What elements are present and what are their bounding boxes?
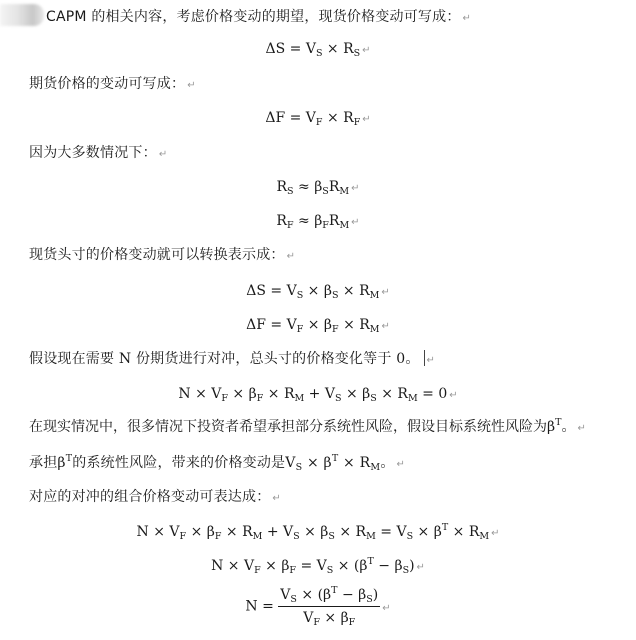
return-mark-icon: ↵: [381, 287, 389, 298]
equation-target-hedge: N × VF × βF × RM + VS × βS × RM = VS × β…: [0, 523, 636, 543]
paragraph-futures-change: 期货价格的变动可写成：↵: [29, 75, 196, 95]
return-mark-icon: ↵: [491, 528, 499, 539]
paragraph-most-cases: 因为大多数情况下：↵: [29, 144, 167, 164]
return-mark-icon: ↵: [351, 183, 359, 194]
equation-delta-s: ΔS = VS × RS↵: [0, 40, 636, 60]
return-mark-icon: ↵: [362, 114, 370, 125]
paragraph-capm-intro: CAPM 的相关内容，考虑价格变动的期望，现货价格变动可写成：↵: [46, 8, 471, 28]
return-mark-icon: ↵: [187, 80, 196, 91]
return-mark-icon: ↵: [427, 355, 436, 366]
return-mark-icon: ↵: [287, 251, 296, 262]
equation-delta-f: ΔF = VF × RF↵: [0, 109, 636, 129]
paragraph-portfolio-change: 对应的对冲的组合价格变动可表达成：↵: [29, 488, 281, 508]
fraction: VS × (βT − βS)VF × βF: [278, 586, 380, 627]
equation-delta-s-beta: ΔS = VS × βS × RM↵: [0, 282, 636, 302]
numerator: VS × (βT − βS): [278, 586, 380, 607]
equation-zero-hedge: N × VF × βF × RM + VS × βS × RM = 0↵: [0, 385, 636, 405]
return-mark-icon: ↵: [362, 45, 370, 56]
return-mark-icon: ↵: [382, 603, 390, 614]
blurred-logo: [0, 4, 44, 26]
return-mark-icon: ↵: [159, 149, 168, 160]
return-mark-icon: ↵: [463, 13, 472, 24]
return-mark-icon: ↵: [449, 390, 457, 401]
return-mark-icon: ↵: [577, 423, 585, 434]
paragraph-spot-position: 现货头寸的价格变动就可以转换表示成：↵: [29, 246, 295, 266]
return-mark-icon: ↵: [417, 562, 425, 573]
denominator: VF × βF: [278, 607, 380, 627]
equation-delta-f-beta: ΔF = VF × βF × RM↵: [0, 316, 636, 336]
paragraph-risk-bearing: 承担βT的系统性风险，带来的价格变动是VS × βT × RM。↵: [29, 454, 405, 474]
equation-rf-approx: RF ≈ βFRM↵: [0, 212, 636, 232]
paragraph-hedge-assumption: 假设现在需要 N 份期货进行对冲，总头寸的价格变化等于 0。↵: [29, 350, 435, 370]
return-mark-icon: ↵: [351, 217, 359, 228]
return-mark-icon: ↵: [382, 321, 390, 332]
return-mark-icon: ↵: [397, 459, 406, 470]
equation-simplified: N × VF × βF = VS × (βT − βS)↵: [0, 557, 636, 577]
return-mark-icon: ↵: [272, 493, 281, 504]
text-cursor: [424, 350, 425, 366]
paragraph-target-risk: 在现实情况中，很多情况下投资者希望承担部分系统性风险，假设目标系统性风险为βT。…: [29, 418, 586, 438]
equation-n-solution: N = VS × (βT − βS)VF × βF↵: [0, 586, 636, 627]
equation-rs-approx: RS ≈ βSRM↵: [0, 178, 636, 198]
